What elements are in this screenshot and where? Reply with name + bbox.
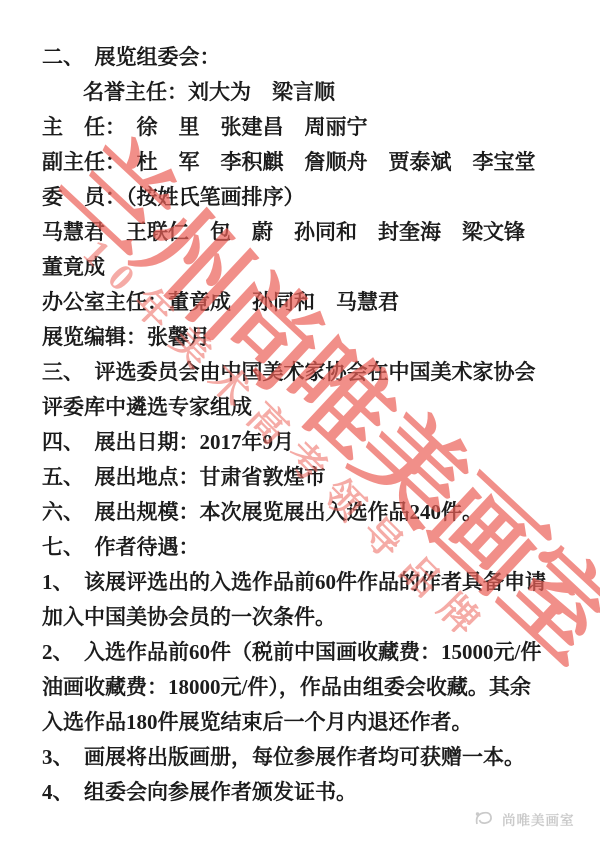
doc-line-1: 二、 展览组委会：	[42, 40, 600, 75]
doc-line-6: 马慧君 王联仁 包 蔚 孙同和 封奎海 梁文锋	[42, 215, 600, 250]
doc-line-11: 评委库中遴选专家组成	[42, 390, 600, 425]
doc-line-16: 1、 该展评选出的入选作品前60件作品的作者具备申请	[42, 565, 600, 600]
doc-line-15: 七、 作者待遇：	[42, 530, 600, 565]
doc-line-5: 委 员：（按姓氏笔画排序）	[42, 180, 600, 215]
doc-line-12: 四、 展出日期：2017年9月	[42, 425, 600, 460]
doc-line-3: 主 任： 徐 里 张建昌 周丽宁	[42, 110, 600, 145]
doc-line-17: 加入中国美协会员的一次条件。	[42, 600, 600, 635]
doc-line-2: 名誉主任：刘大为 梁言顺	[42, 75, 600, 110]
doc-line-7: 董竟成	[42, 250, 600, 285]
doc-line-19: 油画收藏费：18000元/件），作品由组委会收藏。其余	[42, 670, 600, 705]
doc-line-18: 2、 入选作品前60件（税前中国画收藏费：15000元/件	[42, 635, 600, 670]
doc-line-22: 4、 组委会向参展作者颁发证书。	[42, 775, 600, 810]
document-page: 二、 展览组委会： 名誉主任：刘大为 梁言顺 主 任： 徐 里 张建昌 周丽宁 …	[0, 0, 600, 848]
document-body: 二、 展览组委会： 名誉主任：刘大为 梁言顺 主 任： 徐 里 张建昌 周丽宁 …	[42, 40, 600, 810]
doc-line-20: 入选作品180件展览结束后一个月内退还作者。	[42, 705, 600, 740]
doc-line-13: 五、 展出地点：甘肃省敦煌市	[42, 460, 600, 495]
doc-line-21: 3、 画展将出版画册，每位参展作者均可获赠一本。	[42, 740, 600, 775]
doc-line-4: 副主任： 杜 军 李积麒 詹顺舟 贾泰斌 李宝堂	[42, 145, 600, 180]
doc-line-10: 三、 评选委员会由中国美术家协会在中国美术家协会	[42, 355, 600, 390]
doc-line-9: 展览编辑：张馨月	[42, 320, 600, 355]
studio-swirl-icon	[473, 809, 497, 829]
studio-logo-label: 尚唯美画室	[502, 809, 575, 829]
studio-logo: 尚唯美画室	[473, 809, 575, 829]
doc-line-14: 六、 展出规模：本次展览展出入选作品240件。	[42, 495, 600, 530]
doc-line-8: 办公室主任：董竟成 孙同和 马慧君	[42, 285, 600, 320]
